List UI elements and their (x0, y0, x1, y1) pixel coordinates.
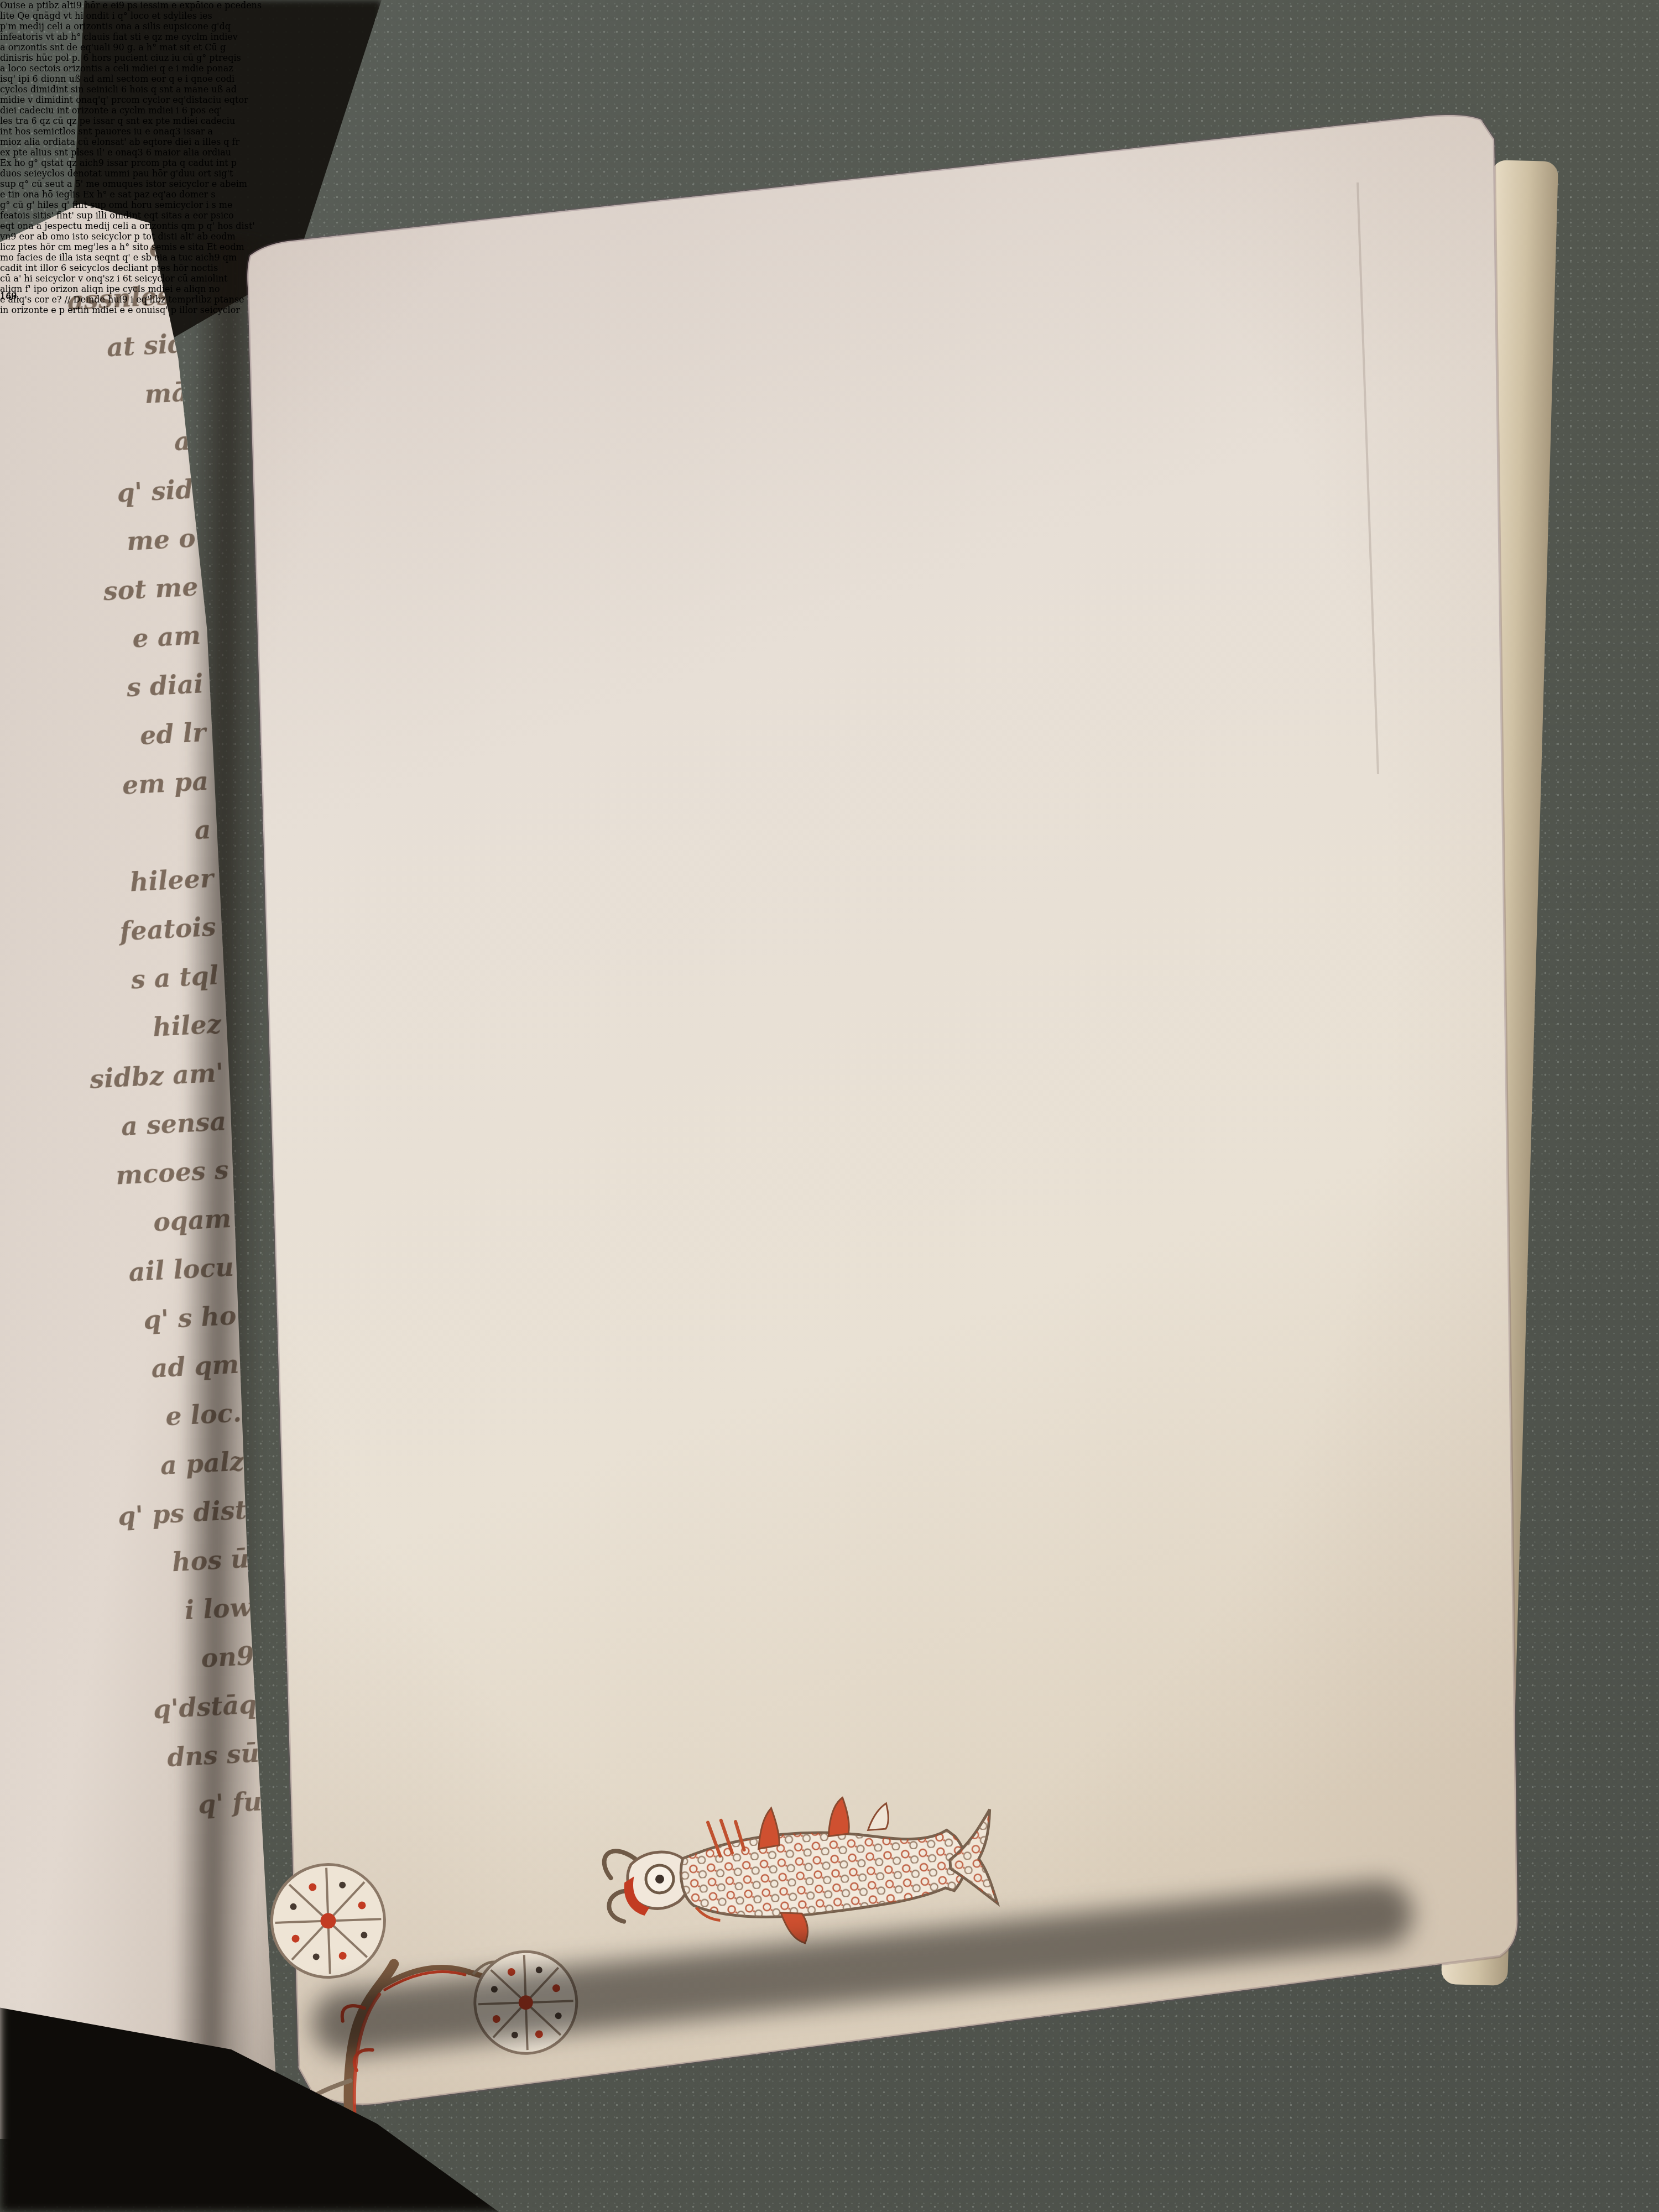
fish-dorsal-fin (826, 1797, 850, 1836)
text-line: in orizonte e p ertin mdiei e e onuisq' … (0, 305, 262, 315)
text-line: midie v dimidint onaq'q' prcom cyclor eq… (0, 95, 262, 105)
foliation-pencil-number: 160 (0, 291, 17, 301)
foliation-pencil: 160 (0, 291, 17, 301)
manuscript-photo-scene: ozassnlestat sidmāaq' sidme osot mee ams… (0, 0, 1659, 2212)
text-line: aliqn f' ipo orizon aliqn ipe cycls mdie… (0, 284, 262, 294)
text-line: duos seieyclos denotat ummi pau hōr g'du… (0, 168, 262, 179)
main-text-block: Ouise a ptibz alti9 hōr e ei9 ps iessim … (0, 0, 262, 315)
text-line: Ex ho g° qstat qz aich9 issar prcom pta … (0, 158, 262, 168)
text-line: cyclos dimidint sin seinicli 6 hois q sn… (0, 84, 262, 95)
text-line: vn9 eor ab omo isto seicyclor p tot dist… (0, 231, 262, 242)
text-line: diei cadeciu int orizonte a cyclm mdiei … (0, 105, 262, 116)
fish-dorsal-fin (866, 1803, 889, 1830)
text-line: sup q° cū seut a 5' me omuques istor sei… (0, 179, 262, 189)
text-line: int hos semictlos snt pauores iu e onaq3… (0, 126, 262, 137)
text-line: g° cū g' hiles q' fint sup omd horu semi… (0, 200, 262, 210)
text-line: e aliq's cor e? // Deinde hui9 i eq'libz… (0, 294, 262, 305)
text-line: lite Qe qnāgd vt hi ondit i q° loco et s… (0, 11, 262, 21)
text-line: a loco sectois orizontis a celi mdiei q … (0, 63, 262, 74)
text-line: isq' ipi 6 dionn uß ad aml sectom eor q … (0, 74, 262, 84)
text-line: infeatoris vt ab h° clauis fiat sti e qz… (0, 32, 262, 42)
text-line: cū a' hi seicyclor v onq'sz i 6t seicycl… (0, 273, 262, 284)
text-line: ex pte alius snt plses il' e onaq3 6 mai… (0, 147, 262, 158)
tree-rosette-top (270, 1863, 387, 1979)
text-line: licz ptes hōr cm meg'les a h° sito semis… (0, 242, 262, 252)
text-line: a orizontis snt de eq'uali 90 g. a h° ma… (0, 42, 262, 53)
text-line: featois sitis' fint' sup illi omdint eqt… (0, 210, 262, 221)
fish-dorsal-fin (756, 1808, 780, 1849)
fish-ventral-fin (781, 1911, 809, 1945)
text-line: Ouise a ptibz alti9 hōr e ei9 ps iessim … (0, 0, 262, 11)
text-line: mo facies de illa ista seqnt q' e sb eia… (0, 252, 262, 263)
text-line: cadit int illor 6 seicyclos decliant pte… (0, 263, 262, 273)
text-line: p'm medij celi a orizontis ona a silis e… (0, 21, 262, 32)
text-line: dinisris hūc pol p. 6 hors pucient ciuz … (0, 53, 262, 63)
text-line: les tra 6 qz cū qz pe issar q snt ex pte… (0, 116, 262, 126)
text-line: mioz alia ordiata cū elonsat' ab eqtore … (0, 137, 262, 147)
text-line: e tin ona hō ieglis Ex h° e sat paz eq'a… (0, 189, 262, 200)
text-line: eqt ona a jespectu medij celi a orizonti… (0, 221, 262, 231)
